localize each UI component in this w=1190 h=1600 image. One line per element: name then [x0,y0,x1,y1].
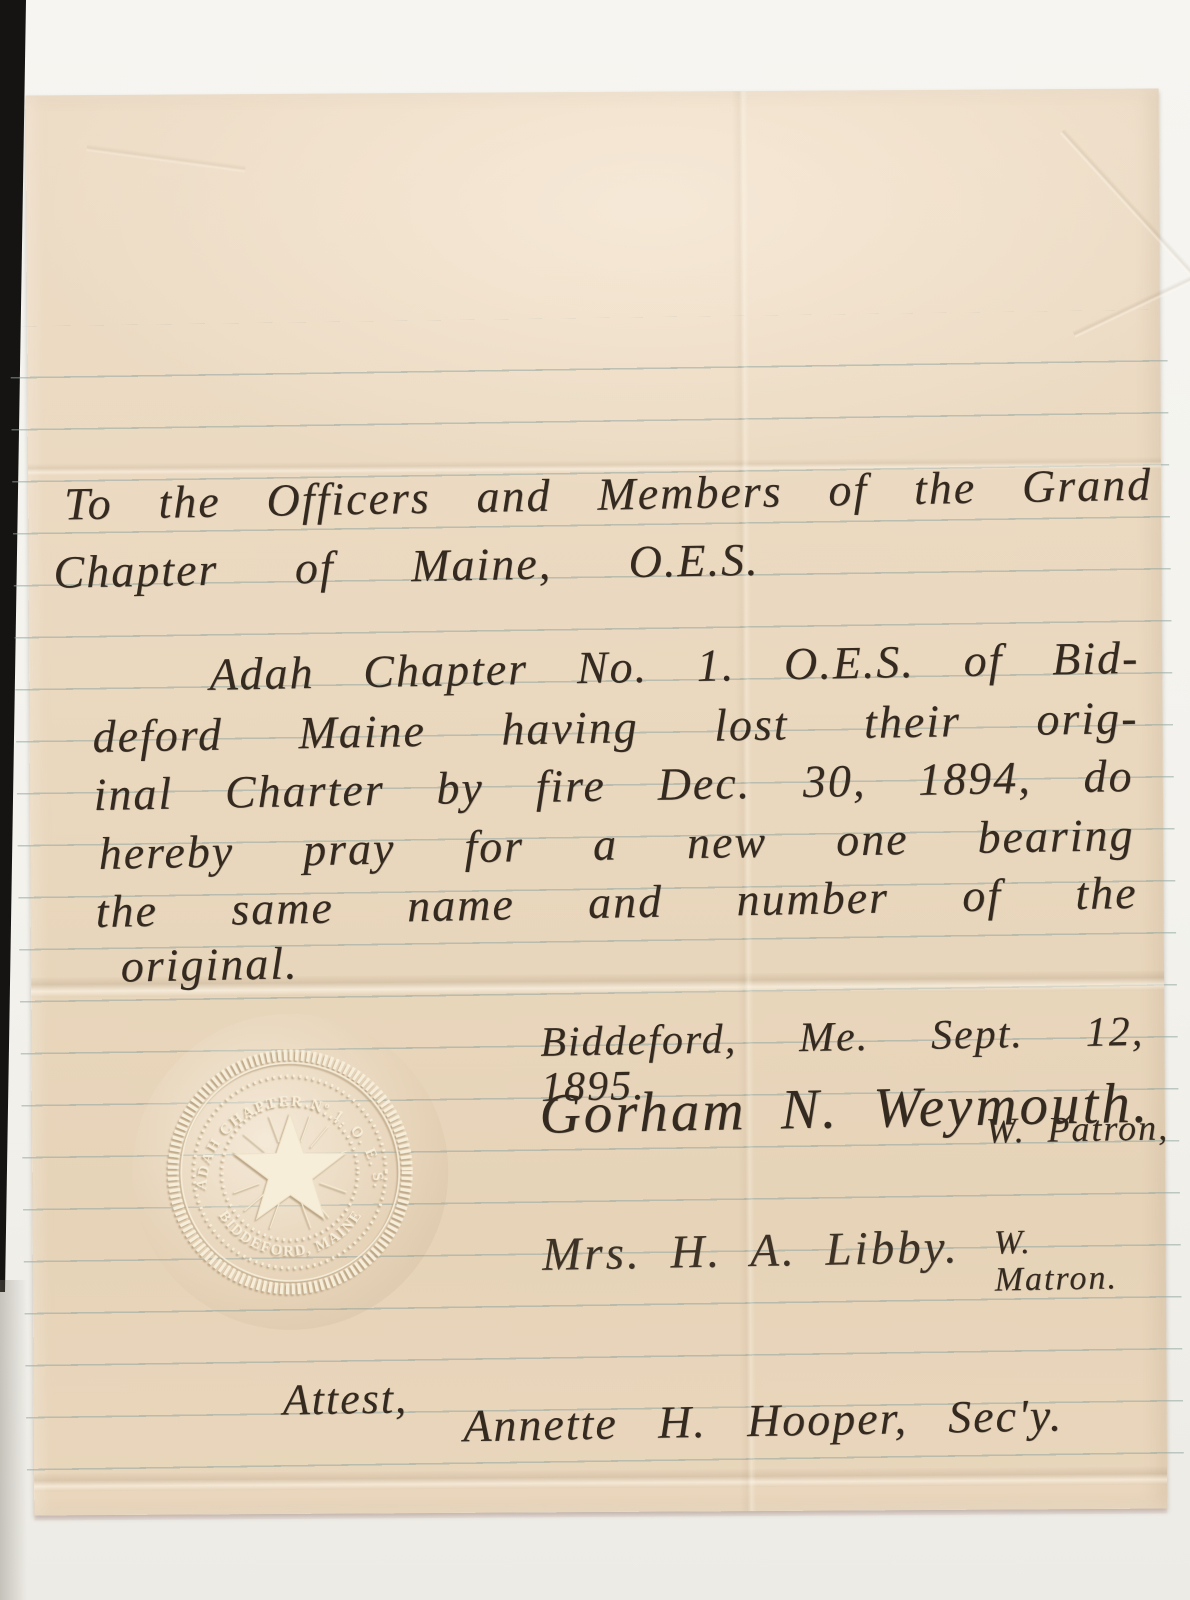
attest-label: Attest, [282,1374,408,1424]
signature-worthy-matron: Mrs. H. A. Libby. [542,1222,960,1280]
body-line-1: Adah Chapter No. 1. O.E.S. of Bid- [209,633,1140,700]
handwriting-layer: To the Officers and Members of the Grand… [21,76,1180,1517]
letter-page: ADAH CHAPTER Nº 1. O. E. S. BIDDEFORD, M… [26,89,1168,1516]
salutation-line-1: To the Officers and Members of the Grand [64,460,1153,530]
body-line-4: hereby pray for a new one bearing [98,810,1135,879]
title-worthy-matron: W. Matron. [994,1222,1176,1299]
signature-secretary: Annette H. Hooper, Sec'y. [463,1390,1064,1451]
body-line-2: deford Maine having lost their orig- [92,693,1139,762]
title-worthy-patron: W. Patron, [986,1108,1170,1150]
body-line-6: original. [120,938,299,991]
body-line-5: the same name and number of the [95,868,1138,937]
salutation-line-2: Chapter of Maine, O.E.S. [53,535,760,598]
body-line-3: inal Charter by fire Dec. 30, 1894, do [93,751,1134,820]
